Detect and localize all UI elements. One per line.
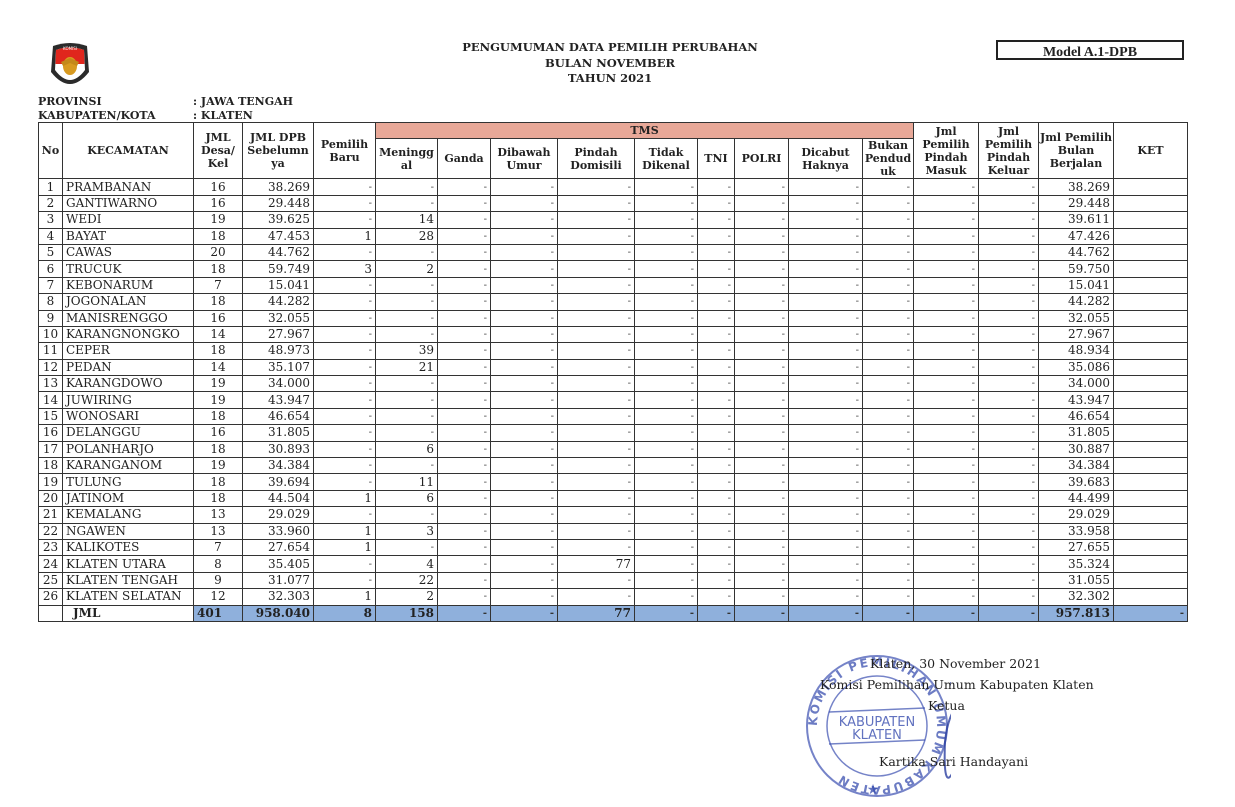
row-polri: - — [735, 179, 789, 195]
row-jml-dpb: 44.504 — [243, 490, 314, 506]
row-bulan-berjalan: 59.750 — [1039, 261, 1114, 277]
row-kecamatan: NGAWEN — [63, 523, 194, 539]
row-ganda: - — [438, 523, 491, 539]
row-no: 12 — [39, 359, 63, 375]
row-ganda: - — [438, 392, 491, 408]
row-pemilih-baru: - — [314, 244, 376, 260]
row-pindah-masuk: - — [914, 294, 979, 310]
row-tni: - — [698, 458, 735, 474]
header-no: No — [39, 123, 63, 179]
header-tms-dibawah-umur: Dibawah Umur — [491, 139, 558, 179]
signature-institution: Komisi Pemilihan Umum Kabupaten Klaten — [820, 677, 1094, 692]
row-jml-desa: 16 — [194, 195, 243, 211]
row-jml-desa: 16 — [194, 179, 243, 195]
row-kecamatan: KLATEN SELATAN — [63, 589, 194, 605]
row-jml-desa: 20 — [194, 244, 243, 260]
row-tni: - — [698, 523, 735, 539]
row-polri: - — [735, 523, 789, 539]
row-tidak-dikenal: - — [635, 261, 698, 277]
row-meninggal: 28 — [376, 228, 438, 244]
row-meninggal: - — [376, 310, 438, 326]
row-pindah-masuk: - — [914, 408, 979, 424]
row-ket — [1114, 490, 1188, 506]
signature-name: Kartika Sari Handayani — [879, 754, 1028, 769]
row-bukan-penduduk: - — [863, 294, 914, 310]
header-kecamatan: KECAMATAN — [63, 123, 194, 179]
row-jml-dpb: 38.269 — [243, 179, 314, 195]
row-jml-desa: 13 — [194, 507, 243, 523]
table-row: 23KALIKOTES727.6541-----------27.655 — [39, 539, 1188, 555]
row-tidak-dikenal: - — [635, 277, 698, 293]
total-bulan-berjalan: 957.813 — [1039, 605, 1114, 621]
row-dibawah-umur: - — [491, 458, 558, 474]
total-tni: - — [698, 605, 735, 621]
row-pindah-masuk: - — [914, 539, 979, 555]
row-kecamatan: KLATEN UTARA — [63, 556, 194, 572]
row-pindah-domisili: - — [558, 408, 635, 424]
row-ganda: - — [438, 326, 491, 342]
row-jml-desa: 18 — [194, 441, 243, 457]
provinsi-value: : JAWA TENGAH — [193, 95, 293, 108]
row-pindah-masuk: - — [914, 572, 979, 588]
row-kecamatan: KLATEN TENGAH — [63, 572, 194, 588]
row-pindah-masuk: - — [914, 474, 979, 490]
row-tidak-dikenal: - — [635, 572, 698, 588]
row-meninggal: 11 — [376, 474, 438, 490]
row-polri: - — [735, 343, 789, 359]
row-pindah-domisili: - — [558, 507, 635, 523]
row-meninggal: 3 — [376, 523, 438, 539]
row-no: 26 — [39, 589, 63, 605]
row-tni: - — [698, 507, 735, 523]
table-row: 5CAWAS2044.762------------44.762 — [39, 244, 1188, 260]
row-pemilih-baru: 1 — [314, 523, 376, 539]
row-meninggal: 2 — [376, 589, 438, 605]
signature-place-date: Klaten, 30 November 2021 — [870, 656, 1041, 671]
row-tni: - — [698, 359, 735, 375]
row-jml-dpb: 39.694 — [243, 474, 314, 490]
row-dibawah-umur: - — [491, 261, 558, 277]
row-no: 15 — [39, 408, 63, 424]
row-tni: - — [698, 294, 735, 310]
row-dibawah-umur: - — [491, 212, 558, 228]
official-stamp-icon: KOMISI PEMILIHAN UMUM KABUPATEN KABUPATE… — [803, 652, 951, 800]
row-ket — [1114, 228, 1188, 244]
row-dibawah-umur: - — [491, 294, 558, 310]
row-dibawah-umur: - — [491, 310, 558, 326]
row-bukan-penduduk: - — [863, 523, 914, 539]
row-pindah-domisili: - — [558, 458, 635, 474]
row-jml-dpb: 48.973 — [243, 343, 314, 359]
row-pindah-masuk: - — [914, 261, 979, 277]
row-pemilih-baru: - — [314, 441, 376, 457]
row-dicabut-haknya: - — [789, 212, 863, 228]
row-meninggal: - — [376, 408, 438, 424]
row-no: 6 — [39, 261, 63, 277]
row-meninggal: 22 — [376, 572, 438, 588]
row-ganda: - — [438, 458, 491, 474]
header-tms-polri: POLRI — [735, 139, 789, 179]
row-ganda: - — [438, 589, 491, 605]
row-tidak-dikenal: - — [635, 458, 698, 474]
row-bukan-penduduk: - — [863, 326, 914, 342]
total-no — [39, 605, 63, 621]
row-meninggal: - — [376, 458, 438, 474]
row-pindah-keluar: - — [979, 474, 1039, 490]
row-polri: - — [735, 261, 789, 277]
row-pindah-keluar: - — [979, 408, 1039, 424]
total-row: JML401958.0408158--77-------957.813- — [39, 605, 1188, 621]
row-pindah-keluar: - — [979, 523, 1039, 539]
row-ganda: - — [438, 359, 491, 375]
row-bulan-berjalan: 32.302 — [1039, 589, 1114, 605]
row-bukan-penduduk: - — [863, 277, 914, 293]
row-ganda: - — [438, 195, 491, 211]
row-tni: - — [698, 310, 735, 326]
row-ket — [1114, 359, 1188, 375]
header-tms-tni: TNI — [698, 139, 735, 179]
row-meninggal: - — [376, 195, 438, 211]
total-ganda: - — [438, 605, 491, 621]
signature-position: Ketua — [928, 698, 965, 713]
row-tni: - — [698, 425, 735, 441]
row-tidak-dikenal: - — [635, 523, 698, 539]
row-tidak-dikenal: - — [635, 589, 698, 605]
row-kecamatan: PRAMBANAN — [63, 179, 194, 195]
row-dicabut-haknya: - — [789, 572, 863, 588]
row-ganda: - — [438, 425, 491, 441]
row-polri: - — [735, 244, 789, 260]
total-polri: - — [735, 605, 789, 621]
row-bulan-berjalan: 29.029 — [1039, 507, 1114, 523]
row-pemilih-baru: 1 — [314, 490, 376, 506]
total-dibawah-umur: - — [491, 605, 558, 621]
table-row: 10KARANGNONGKO1427.967------------27.967 — [39, 326, 1188, 342]
row-bulan-berjalan: 31.055 — [1039, 572, 1114, 588]
row-ket — [1114, 474, 1188, 490]
row-tidak-dikenal: - — [635, 490, 698, 506]
row-polri: - — [735, 326, 789, 342]
row-jml-dpb: 27.654 — [243, 539, 314, 555]
row-meninggal: - — [376, 425, 438, 441]
row-jml-desa: 14 — [194, 359, 243, 375]
row-jml-dpb: 33.960 — [243, 523, 314, 539]
row-ganda: - — [438, 376, 491, 392]
row-polri: - — [735, 556, 789, 572]
row-ganda: - — [438, 441, 491, 457]
row-pindah-keluar: - — [979, 228, 1039, 244]
svg-text:KOMISI: KOMISI — [63, 46, 77, 51]
row-bukan-penduduk: - — [863, 212, 914, 228]
row-jml-desa: 8 — [194, 556, 243, 572]
row-pindah-domisili: - — [558, 261, 635, 277]
row-ket — [1114, 539, 1188, 555]
row-tidak-dikenal: - — [635, 376, 698, 392]
row-polri: - — [735, 277, 789, 293]
row-polri: - — [735, 474, 789, 490]
row-pemilih-baru: - — [314, 474, 376, 490]
row-no: 1 — [39, 179, 63, 195]
row-kecamatan: KALIKOTES — [63, 539, 194, 555]
row-pindah-keluar: - — [979, 359, 1039, 375]
title-line-1: PENGUMUMAN DATA PEMILIH PERUBAHAN — [440, 40, 780, 56]
row-pindah-keluar: - — [979, 179, 1039, 195]
row-pindah-domisili: - — [558, 441, 635, 457]
row-tidak-dikenal: - — [635, 474, 698, 490]
row-bukan-penduduk: - — [863, 376, 914, 392]
row-ganda: - — [438, 572, 491, 588]
table-row: 7KEBONARUM715.041------------15.041 — [39, 277, 1188, 293]
row-pindah-domisili: - — [558, 310, 635, 326]
row-jml-desa: 19 — [194, 392, 243, 408]
row-dibawah-umur: - — [491, 425, 558, 441]
kabupaten-label: KABUPATEN/KOTA — [38, 109, 193, 122]
row-jml-desa: 13 — [194, 523, 243, 539]
row-meninggal: - — [376, 294, 438, 310]
row-bukan-penduduk: - — [863, 539, 914, 555]
row-dicabut-haknya: - — [789, 228, 863, 244]
row-meninggal: 2 — [376, 261, 438, 277]
table-row: 20JATINOM1844.50416----------44.499 — [39, 490, 1188, 506]
row-dicabut-haknya: - — [789, 523, 863, 539]
table-row: 13KARANGDOWO1934.000------------34.000 — [39, 376, 1188, 392]
row-bukan-penduduk: - — [863, 441, 914, 457]
row-kecamatan: KEBONARUM — [63, 277, 194, 293]
row-dicabut-haknya: - — [789, 179, 863, 195]
row-pindah-masuk: - — [914, 359, 979, 375]
header-bulan-berjalan: Jml Pemilih Bulan Berjalan — [1039, 123, 1114, 179]
row-jml-desa: 12 — [194, 589, 243, 605]
row-ganda: - — [438, 212, 491, 228]
row-pindah-masuk: - — [914, 458, 979, 474]
row-no: 20 — [39, 490, 63, 506]
row-pindah-masuk: - — [914, 523, 979, 539]
row-kecamatan: DELANGGU — [63, 425, 194, 441]
row-pemilih-baru: - — [314, 326, 376, 342]
row-ganda: - — [438, 310, 491, 326]
row-no: 3 — [39, 212, 63, 228]
header-tms-ganda: Ganda — [438, 139, 491, 179]
row-meninggal: - — [376, 507, 438, 523]
total-pindah-masuk: - — [914, 605, 979, 621]
row-pindah-domisili: - — [558, 326, 635, 342]
row-pindah-domisili: - — [558, 244, 635, 260]
row-meninggal: - — [376, 326, 438, 342]
row-tidak-dikenal: - — [635, 343, 698, 359]
row-pindah-domisili: - — [558, 572, 635, 588]
row-no: 25 — [39, 572, 63, 588]
row-kecamatan: TULUNG — [63, 474, 194, 490]
row-no: 14 — [39, 392, 63, 408]
row-tidak-dikenal: - — [635, 310, 698, 326]
row-ket — [1114, 376, 1188, 392]
row-dibawah-umur: - — [491, 523, 558, 539]
row-bukan-penduduk: - — [863, 261, 914, 277]
row-dibawah-umur: - — [491, 326, 558, 342]
row-pindah-keluar: - — [979, 343, 1039, 359]
row-dicabut-haknya: - — [789, 310, 863, 326]
row-meninggal: 6 — [376, 441, 438, 457]
row-ket — [1114, 425, 1188, 441]
row-polri: - — [735, 212, 789, 228]
row-tni: - — [698, 376, 735, 392]
row-kecamatan: KEMALANG — [63, 507, 194, 523]
row-kecamatan: TRUCUK — [63, 261, 194, 277]
row-dicabut-haknya: - — [789, 343, 863, 359]
row-dibawah-umur: - — [491, 408, 558, 424]
row-pemilih-baru: 1 — [314, 589, 376, 605]
row-bulan-berjalan: 39.683 — [1039, 474, 1114, 490]
row-ganda: - — [438, 244, 491, 260]
header-pindah-masuk: Jml Pemilih Pindah Masuk — [914, 123, 979, 179]
row-dibawah-umur: - — [491, 539, 558, 555]
row-pemilih-baru: - — [314, 408, 376, 424]
row-dibawah-umur: - — [491, 359, 558, 375]
header-pindah-keluar: Jml Pemilih Pindah Keluar — [979, 123, 1039, 179]
table-row: 3WEDI1939.625-14----------39.611 — [39, 212, 1188, 228]
row-polri: - — [735, 589, 789, 605]
row-bukan-penduduk: - — [863, 408, 914, 424]
row-pindah-domisili: - — [558, 523, 635, 539]
row-dibawah-umur: - — [491, 195, 558, 211]
row-no: 10 — [39, 326, 63, 342]
row-kecamatan: CAWAS — [63, 244, 194, 260]
row-polri: - — [735, 507, 789, 523]
row-dibawah-umur: - — [491, 507, 558, 523]
row-polri: - — [735, 294, 789, 310]
row-ket — [1114, 408, 1188, 424]
table-row: 12PEDAN1435.107-21----------35.086 — [39, 359, 1188, 375]
row-bulan-berjalan: 35.086 — [1039, 359, 1114, 375]
row-jml-desa: 16 — [194, 310, 243, 326]
row-polri: - — [735, 228, 789, 244]
row-polri: - — [735, 539, 789, 555]
row-tni: - — [698, 228, 735, 244]
row-jml-dpb: 31.805 — [243, 425, 314, 441]
table-row: 26KLATEN SELATAN1232.30312----------32.3… — [39, 589, 1188, 605]
row-ket — [1114, 507, 1188, 523]
row-tni: - — [698, 326, 735, 342]
row-dibawah-umur: - — [491, 572, 558, 588]
row-meninggal: - — [376, 376, 438, 392]
row-polri: - — [735, 458, 789, 474]
row-no: 5 — [39, 244, 63, 260]
row-ket — [1114, 212, 1188, 228]
row-pemilih-baru: - — [314, 572, 376, 588]
row-tni: - — [698, 244, 735, 260]
row-tidak-dikenal: - — [635, 195, 698, 211]
table-row: 4BAYAT1847.453128----------47.426 — [39, 228, 1188, 244]
row-pindah-masuk: - — [914, 376, 979, 392]
row-dicabut-haknya: - — [789, 458, 863, 474]
row-bulan-berjalan: 27.967 — [1039, 326, 1114, 342]
row-pindah-domisili: - — [558, 277, 635, 293]
row-dicabut-haknya: - — [789, 294, 863, 310]
row-pindah-keluar: - — [979, 572, 1039, 588]
row-tni: - — [698, 589, 735, 605]
row-no: 24 — [39, 556, 63, 572]
row-jml-dpb: 15.041 — [243, 277, 314, 293]
row-polri: - — [735, 441, 789, 457]
row-bulan-berjalan: 48.934 — [1039, 343, 1114, 359]
row-ganda: - — [438, 539, 491, 555]
row-pemilih-baru: - — [314, 294, 376, 310]
row-no: 17 — [39, 441, 63, 457]
provinsi-label: PROVINSI — [38, 95, 193, 108]
row-no: 16 — [39, 425, 63, 441]
row-pindah-keluar: - — [979, 556, 1039, 572]
row-jml-dpb: 29.029 — [243, 507, 314, 523]
row-bulan-berjalan: 43.947 — [1039, 392, 1114, 408]
row-tidak-dikenal: - — [635, 179, 698, 195]
header-jml-dpb: JML DPB Sebelumn ya — [243, 123, 314, 179]
row-jml-desa: 7 — [194, 539, 243, 555]
row-pindah-domisili: - — [558, 212, 635, 228]
row-bulan-berjalan: 39.611 — [1039, 212, 1114, 228]
row-pindah-keluar: - — [979, 294, 1039, 310]
table-row: 22NGAWEN1333.96013----------33.958 — [39, 523, 1188, 539]
row-jml-desa: 7 — [194, 277, 243, 293]
row-meninggal: 6 — [376, 490, 438, 506]
row-pemilih-baru: - — [314, 507, 376, 523]
total-pemilih-baru: 8 — [314, 605, 376, 621]
total-ket: - — [1114, 605, 1188, 621]
row-ganda: - — [438, 179, 491, 195]
kpu-logo-icon: KOMISI — [47, 42, 93, 94]
row-ket — [1114, 294, 1188, 310]
row-pindah-domisili: - — [558, 343, 635, 359]
row-pindah-masuk: - — [914, 392, 979, 408]
row-tni: - — [698, 277, 735, 293]
row-pindah-domisili: - — [558, 474, 635, 490]
row-ket — [1114, 556, 1188, 572]
row-pindah-domisili: 77 — [558, 556, 635, 572]
table-row: 19TULUNG1839.694-11----------39.683 — [39, 474, 1188, 490]
row-pemilih-baru: - — [314, 376, 376, 392]
table-row: 18KARANGANOM1934.384------------34.384 — [39, 458, 1188, 474]
row-pindah-keluar: - — [979, 277, 1039, 293]
row-jml-desa: 18 — [194, 261, 243, 277]
kabupaten-value: : KLATEN — [193, 109, 253, 122]
row-polri: - — [735, 359, 789, 375]
row-dicabut-haknya: - — [789, 474, 863, 490]
row-bukan-penduduk: - — [863, 507, 914, 523]
document-title: PENGUMUMAN DATA PEMILIH PERUBAHAN BULAN … — [440, 40, 780, 87]
svg-text:KLATEN: KLATEN — [852, 728, 902, 743]
row-tidak-dikenal: - — [635, 294, 698, 310]
table-row: 21KEMALANG1329.029------------29.029 — [39, 507, 1188, 523]
row-dibawah-umur: - — [491, 474, 558, 490]
title-line-3: TAHUN 2021 — [440, 71, 780, 87]
row-tidak-dikenal: - — [635, 539, 698, 555]
table-row: 15WONOSARI1846.654------------46.654 — [39, 408, 1188, 424]
row-jml-desa: 18 — [194, 490, 243, 506]
row-no: 11 — [39, 343, 63, 359]
row-pemilih-baru: - — [314, 179, 376, 195]
row-bulan-berjalan: 34.000 — [1039, 376, 1114, 392]
row-polri: - — [735, 376, 789, 392]
row-ket — [1114, 310, 1188, 326]
row-bulan-berjalan: 33.958 — [1039, 523, 1114, 539]
row-bulan-berjalan: 47.426 — [1039, 228, 1114, 244]
row-tni: - — [698, 572, 735, 588]
model-label: Model A.1-DPB — [996, 40, 1184, 60]
row-dicabut-haknya: - — [789, 441, 863, 457]
title-line-2: BULAN NOVEMBER — [440, 56, 780, 72]
row-dibawah-umur: - — [491, 392, 558, 408]
row-pindah-masuk: - — [914, 179, 979, 195]
row-no: 21 — [39, 507, 63, 523]
